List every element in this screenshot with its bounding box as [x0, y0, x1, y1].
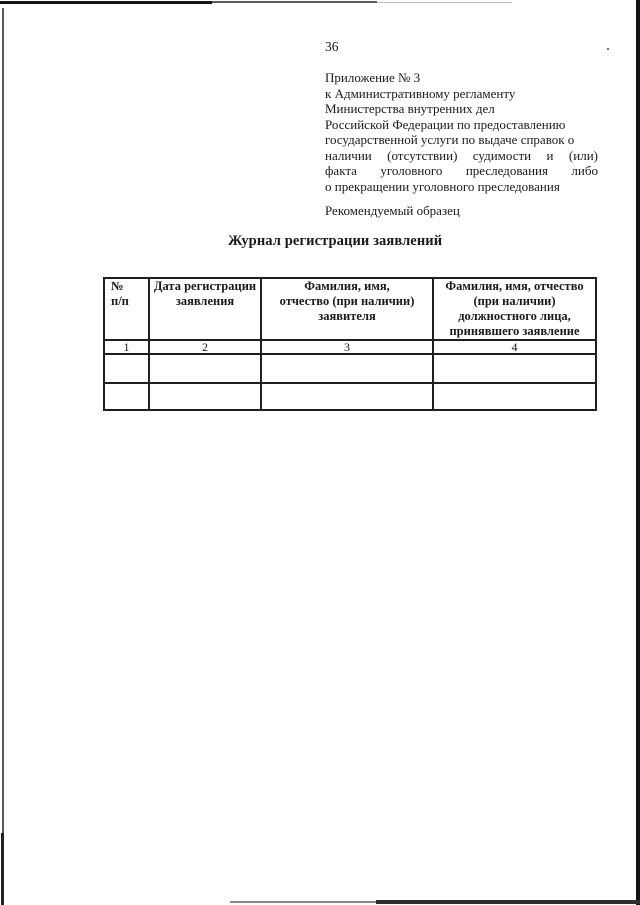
empty-cell	[433, 383, 596, 410]
document-page: 36 Приложение № 3 к Административному ре…	[0, 0, 640, 905]
empty-row	[104, 383, 596, 410]
column-number-cell: 3	[261, 340, 433, 354]
page-border-top	[212, 1, 377, 3]
empty-cell	[433, 354, 596, 383]
empty-cell	[149, 383, 261, 410]
page-border-bottom	[230, 901, 376, 903]
column-number-cell: 2	[149, 340, 261, 354]
appendix-line: к Административному регламенту	[325, 86, 598, 102]
page-border-top	[0, 1, 212, 4]
appendix-line: факта уголовного преследования либо	[325, 163, 598, 179]
page-border-left	[2, 8, 4, 905]
header-cell-reg-date: Дата регистрации заявления	[149, 278, 261, 340]
empty-cell	[104, 383, 149, 410]
appendix-line: Министерства внутренних дел	[325, 101, 598, 117]
page-number: 36	[325, 39, 339, 55]
empty-cell	[104, 354, 149, 383]
registration-journal-table: № п/п Дата регистрации заявления Фамилия…	[103, 277, 597, 411]
empty-row	[104, 354, 596, 383]
empty-cell	[149, 354, 261, 383]
appendix-line: о прекращении уголовного преследования	[325, 179, 598, 195]
page-border-left	[1, 833, 4, 905]
appendix-line: Российской Федерации по предоставлению	[325, 117, 598, 133]
column-number-cell: 4	[433, 340, 596, 354]
header-cell-row-number: № п/п	[104, 278, 149, 340]
empty-cell	[261, 354, 433, 383]
column-number-cell: 1	[104, 340, 149, 354]
appendix-line: наличии (отсутствии) судимости и (или)	[325, 148, 598, 164]
appendix-line: Приложение № 3	[325, 70, 598, 86]
table-header-row: № п/п Дата регистрации заявления Фамилия…	[104, 278, 596, 340]
page-border-bottom	[376, 900, 640, 904]
header-cell-applicant: Фамилия, имя, отчество (при наличии) зая…	[261, 278, 433, 340]
column-number-row: 1 2 3 4	[104, 340, 596, 354]
page-border-right	[636, 0, 640, 905]
page-border-top	[377, 2, 512, 3]
appendix-reference-block: Приложение № 3 к Административному регла…	[325, 70, 598, 194]
scan-speck	[607, 48, 609, 50]
header-cell-official: Фамилия, имя, отчество (при наличии) дол…	[433, 278, 596, 340]
empty-cell	[261, 383, 433, 410]
appendix-line: государственной услуги по выдаче справок…	[325, 132, 598, 148]
journal-title: Журнал регистрации заявлений	[228, 233, 442, 250]
recommended-sample-label: Рекомендуемый образец	[325, 203, 460, 219]
